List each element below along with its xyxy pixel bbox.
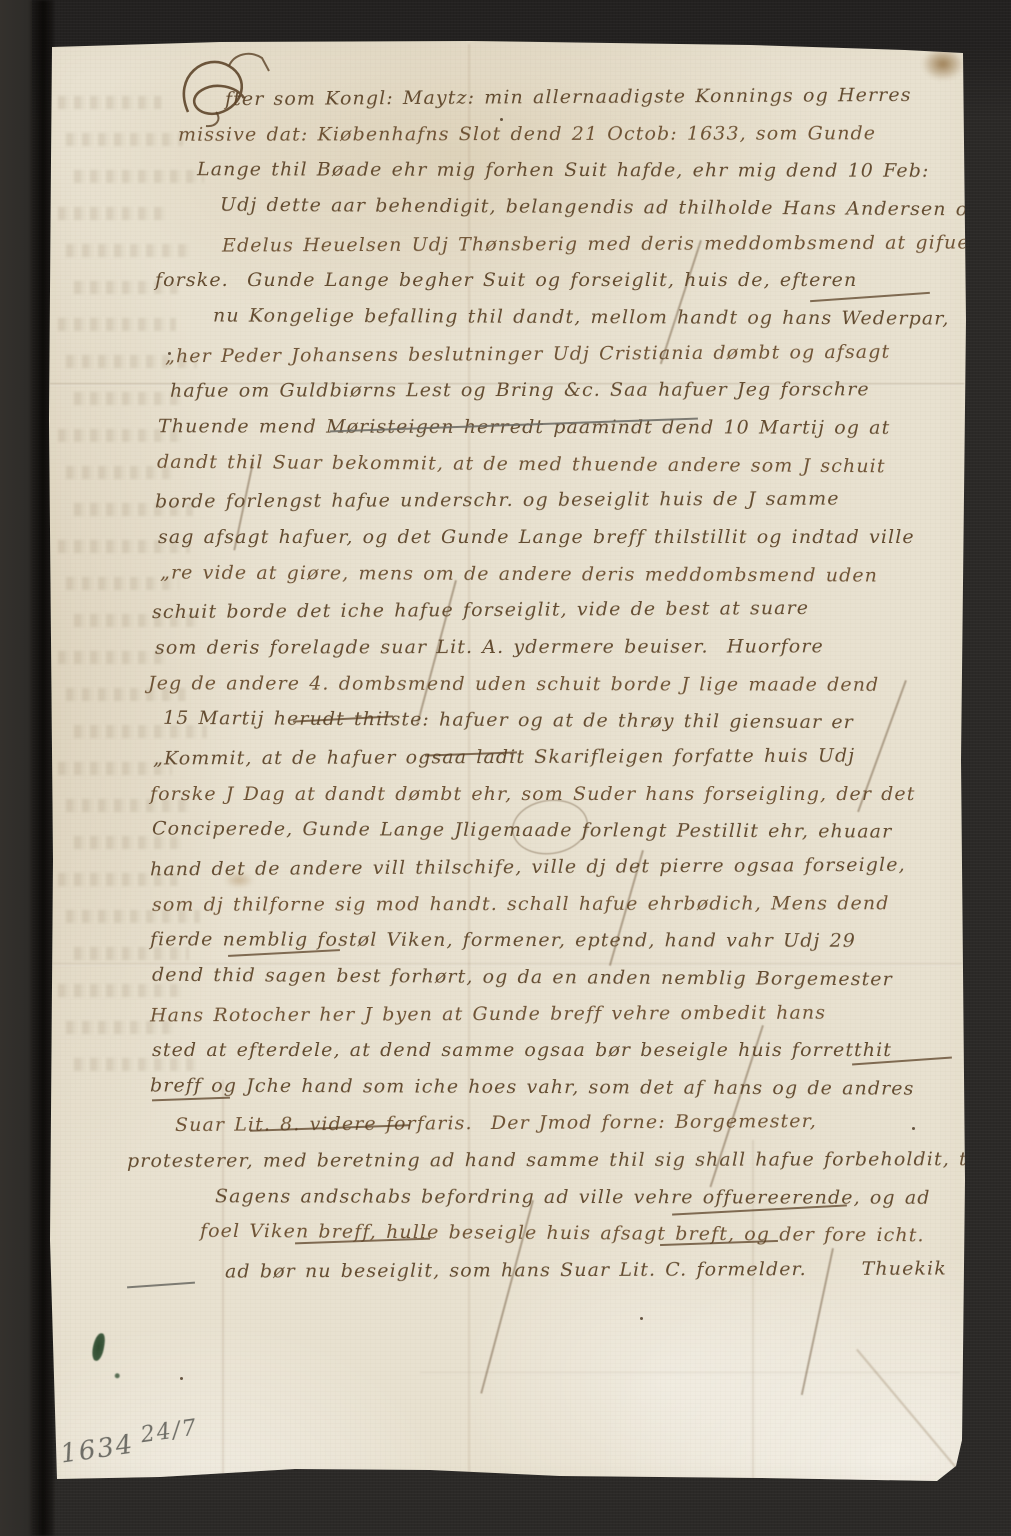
bleedthrough-line (58, 318, 176, 331)
manuscript-line: Lange thil Bøade ehr mig forhen Suit haf… (197, 159, 930, 183)
manuscript-line: Hans Rotocher her J byen at Gunde breff … (150, 1001, 826, 1026)
manuscript-line: missive dat: Kiøbenhafns Slot dend 21 Oc… (178, 122, 876, 145)
manuscript-line: sag afsagt hafuer, og det Gunde Lange br… (158, 526, 915, 548)
backdrop-left-band (0, 0, 32, 1536)
ink-speck (912, 1127, 915, 1130)
bleedthrough-line (66, 244, 190, 257)
pencil-dash (127, 1282, 195, 1289)
manuscript-line: protesterer, med beretning ad hand samme… (127, 1148, 995, 1172)
manuscript-page: fter som Kongl: Maytz: min allernaadigst… (0, 0, 1011, 1536)
manuscript-line: Sagens andschabs befordring ad ville veh… (215, 1185, 931, 1208)
ink-speck (500, 118, 503, 121)
backdrop-shadow-groove (30, 0, 54, 1536)
manuscript-line: forske. Gunde Lange begher Suit og forse… (155, 269, 857, 291)
bleedthrough-line (58, 984, 186, 997)
date-daymonth: 24/7 (139, 1415, 199, 1448)
manuscript-line: Edelus Heuelsen Udj Thønsberig med deris… (222, 231, 970, 256)
edge-stain (922, 48, 964, 80)
green-ink-blot (91, 1332, 106, 1361)
manuscript-line: dend thid sagen best forhørt, og da en a… (152, 964, 893, 991)
manuscript-line: Udj dette aar behendigit, belangendis ad… (220, 194, 982, 221)
manuscript-line: borde forlengst hafue underschr. og bese… (155, 488, 840, 513)
manuscript-line: „re vide at giøre, mens om de andere der… (160, 561, 878, 586)
manuscript-line: fierde nemblig fostøl Viken, formener, e… (150, 928, 856, 951)
fold-crease-horizontal (420, 1372, 960, 1374)
manuscript-line: forske J Dag at dandt dømbt ehr, som Sud… (150, 783, 916, 805)
manuscript-line: dandt thil Suar bekommit, at de med thue… (157, 450, 886, 477)
manuscript-line: „her Peder Johansens beslutninger Udj Cr… (165, 340, 890, 367)
manuscript-line: hand det de andere vill thilschife, vill… (150, 853, 906, 880)
fold-crease-vertical (222, 1080, 224, 1475)
manuscript-line: Suar Lit. 8. videre forfaris. Der Jmod f… (175, 1110, 817, 1136)
photo-backdrop: fter som Kongl: Maytz: min allernaadigst… (0, 0, 1011, 1536)
paper-texture (0, 0, 1011, 1536)
bleedthrough-line (58, 96, 162, 109)
manuscript-line: breff og Jche hand som iche hoes vahr, s… (150, 1074, 915, 1099)
ink-speck (180, 1377, 183, 1380)
manuscript-line: ad bør nu beseiglit, som hans Suar Lit. … (225, 1258, 947, 1283)
manuscript-line: Conciperede, Gunde Lange Jligemaade forl… (152, 818, 892, 843)
manuscript-line: „Kommit, at de hafuer ogsaa ladit Skarif… (153, 744, 855, 769)
bleedthrough-line (58, 651, 165, 664)
manuscript-line: hafue om Guldbiørns Lest og Bring &c. Sa… (170, 379, 870, 402)
ink-speck (640, 1317, 643, 1320)
manuscript-line: som deris forelagde suar Lit. A. ydermer… (155, 635, 824, 658)
strike-mark (152, 1097, 230, 1102)
manuscript-line: sted at efterdele, at dend samme ogsaa b… (152, 1039, 892, 1061)
corner-crease (856, 1349, 967, 1481)
bleedthrough-line (66, 133, 183, 146)
bleedthrough-line (74, 170, 204, 183)
date-year: 1634 (59, 1430, 137, 1470)
manuscript-line: Thuende mend Møristeigen herredt paamind… (158, 415, 890, 439)
strike-mark (810, 292, 930, 303)
archivist-date-note: 163424/7 (59, 1420, 201, 1469)
manuscript-line: schuit borde det iche hafue forseiglit, … (152, 597, 809, 623)
manuscript-line: 15 Martij herudt thilste: hafuer og at d… (163, 707, 854, 733)
manuscript-line: foel Viken breff, hulle beseigle huis af… (200, 1220, 925, 1247)
bleedthrough-line (58, 207, 169, 220)
manuscript-line: fter som Kongl: Maytz: min allernaadigst… (225, 84, 912, 110)
manuscript-line: Jeg de andere 4. dombsmend uden schuit b… (148, 672, 879, 696)
manuscript-line: nu Kongelige befalling thil dandt, mello… (213, 304, 950, 329)
manuscript-line: som dj thilforne sig mod handt. schall h… (152, 892, 890, 916)
